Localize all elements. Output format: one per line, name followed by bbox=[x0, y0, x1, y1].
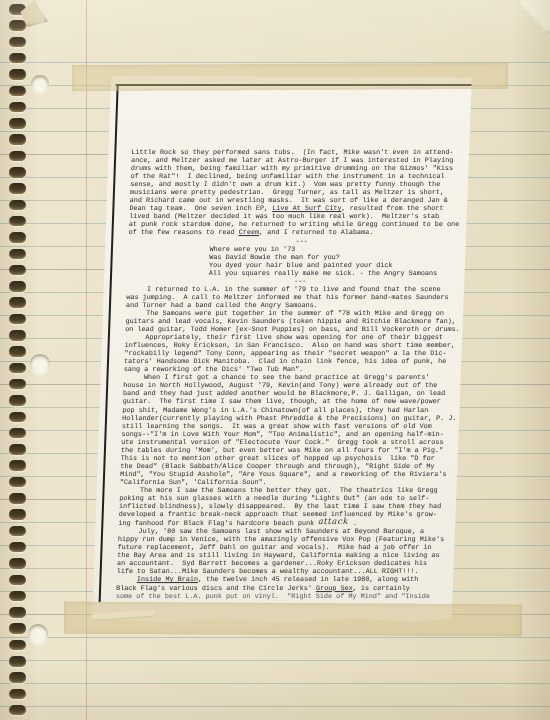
perforation-hole bbox=[9, 151, 26, 162]
perforation-hole bbox=[9, 607, 26, 618]
perforation-hole bbox=[9, 86, 26, 97]
perforation-hole bbox=[9, 656, 26, 667]
tape-strip-bottom bbox=[64, 602, 522, 637]
perforation-hole bbox=[9, 297, 26, 308]
typed-line: on lead guitar, Todd Homer [ex-Snot Pupp… bbox=[125, 326, 460, 334]
typed-line: was jumping. A call to Meltzer informed … bbox=[126, 294, 461, 302]
typed-line: band and they had just added another wou… bbox=[123, 390, 458, 398]
typed-line: Inside My Brain, the twelve inch 45 rele… bbox=[116, 576, 451, 584]
typed-line: --- bbox=[128, 238, 463, 246]
typed-line: Appropriately, their first live show was… bbox=[125, 334, 460, 342]
perforation-hole bbox=[9, 542, 26, 553]
typed-line: "rockabilly legend" Tony Conn, appearing… bbox=[124, 350, 459, 358]
punch-hole-top bbox=[31, 75, 49, 93]
typed-line: lived band (Meltzer decided it was too m… bbox=[129, 213, 464, 221]
perforation-hole bbox=[9, 477, 26, 488]
perforation-hole bbox=[9, 314, 26, 325]
perforation-hole bbox=[9, 118, 26, 129]
typed-line: I returned to L.A. in the summer of '79 … bbox=[126, 286, 461, 294]
perforation-hole bbox=[9, 460, 26, 471]
typed-line: ance, and Meltzer asked me later at Astr… bbox=[131, 157, 466, 165]
typed-line: of the Rat"! I declined, being unfamilia… bbox=[130, 173, 465, 181]
typed-line: guitar. The first time I saw them live, … bbox=[122, 398, 457, 406]
scanned-notebook-page: Little Rock so they performed sans tubs.… bbox=[0, 0, 550, 720]
typed-line: This is not to mention other great slice… bbox=[120, 455, 455, 463]
perforation-hole bbox=[9, 102, 26, 113]
perforation-hole bbox=[9, 379, 26, 390]
typed-line: songs--"I'm in Love With Your Mom", "Too… bbox=[121, 431, 456, 439]
typed-line: When I first got a chance to see the ban… bbox=[123, 374, 458, 382]
typed-line: hippy run dump in Venice, with the amazi… bbox=[118, 536, 453, 544]
perforation-hole bbox=[9, 20, 26, 31]
perforation-hole bbox=[9, 330, 26, 341]
perforation-hole bbox=[9, 200, 26, 211]
perforation-hole bbox=[9, 183, 26, 194]
typed-line: --- bbox=[127, 278, 462, 286]
typed-line: pop shit, Madame Wong's in L.A.'s Chinat… bbox=[122, 407, 457, 415]
typed-line: Dean tag team. One seven inch EP, Live A… bbox=[129, 205, 464, 213]
punch-hole-bottom bbox=[28, 624, 48, 644]
perforation-hole bbox=[9, 509, 26, 520]
underlined-title: Group Sex bbox=[316, 585, 353, 593]
underlined-title: Inside My Brain bbox=[137, 576, 198, 584]
typed-text: Little Rock so they performed sans tubs.… bbox=[116, 149, 466, 601]
typed-line: tators' Handsome Dick Manitoba. Clad in … bbox=[124, 358, 459, 366]
underlined-title: Live At Surf City bbox=[272, 205, 342, 213]
perforation-hole bbox=[9, 249, 26, 260]
typed-line: future replacement, Jeff Dahl on guitar … bbox=[117, 544, 452, 552]
typed-line: of the few reasons to read Creem, and I … bbox=[128, 229, 463, 237]
typed-line: an accountant. Syd Barrett becomes a gar… bbox=[117, 560, 452, 568]
perforation-hole bbox=[9, 412, 26, 423]
typed-line: Was David Bowie the man for you? bbox=[128, 254, 463, 262]
typed-line: Black Flag's various discs and the Circl… bbox=[116, 585, 451, 593]
perforation-hole bbox=[9, 558, 26, 569]
typed-line: guitars and lead vocals, Kevin Saunders … bbox=[125, 318, 460, 326]
typed-line: and Turner had a band called the Angry S… bbox=[126, 302, 461, 310]
typed-line: still learning the songs. It was a great… bbox=[122, 423, 457, 431]
handwritten-annotation: attack bbox=[318, 517, 349, 527]
perforation-hole bbox=[9, 705, 26, 716]
perforation-hole bbox=[9, 69, 26, 80]
perforation-hole bbox=[9, 575, 26, 586]
typed-line: sang a reworking of the Dics' "Two Tub M… bbox=[124, 366, 459, 374]
perforation-hole bbox=[9, 37, 26, 48]
spiral-perforations bbox=[0, 0, 34, 720]
typed-line: Where were you in '73 bbox=[128, 246, 463, 254]
typed-line: Little Rock so they performed sans tubs.… bbox=[131, 149, 466, 157]
typed-line: developed a frantic break-neck approach … bbox=[119, 511, 454, 519]
perforation-hole bbox=[9, 428, 26, 439]
typed-line: All you squares really make me sick. - t… bbox=[127, 270, 462, 278]
typed-line: The more I saw the Samoans the better th… bbox=[119, 487, 454, 495]
typed-line: "California Sun", 'California Soun". bbox=[120, 479, 455, 487]
typed-line: musicians were pretty pedestrian. Gregg … bbox=[130, 189, 465, 197]
perforation-hole bbox=[9, 672, 26, 683]
typed-line: Mind", "You Stupid Asshole", "Are Yous S… bbox=[120, 471, 455, 479]
perforation-hole bbox=[9, 395, 26, 406]
typed-line: drums with them, being familiar with my … bbox=[131, 165, 466, 173]
corner-fold-top-right bbox=[516, 0, 550, 34]
perforation-hole bbox=[9, 444, 26, 455]
typed-line: life to Satan...Mike Saunders becomes a … bbox=[117, 568, 452, 576]
typed-line: the tables during 'Mom', but even better… bbox=[121, 447, 456, 455]
perforation-hole bbox=[9, 281, 26, 292]
underlined-title: Creem bbox=[239, 229, 260, 237]
perforation-hole bbox=[9, 167, 26, 178]
typed-page: Little Rock so they performed sans tubs.… bbox=[92, 76, 472, 623]
perforation-hole bbox=[9, 216, 26, 227]
perforation-hole bbox=[9, 346, 26, 357]
typed-line: influences, Roky Erickson, in San Franci… bbox=[124, 342, 459, 350]
typed-line: poking at his sun glasses with a needle … bbox=[119, 495, 454, 503]
perforation-hole bbox=[9, 363, 26, 374]
typed-line: at punk rock stardom done, he returned t… bbox=[129, 221, 464, 229]
typed-line: the Dead" (Black Sabbath/Alice Cooper th… bbox=[120, 463, 455, 471]
perforation-hole bbox=[9, 232, 26, 243]
typed-line: and Richard came out in wrestling masks.… bbox=[129, 197, 464, 205]
typed-line: ute instrumental version of "Electocute … bbox=[121, 439, 456, 447]
perforation-hole bbox=[9, 526, 26, 537]
typed-line: Hollander(currently playing with Phast P… bbox=[122, 415, 457, 423]
typed-line: July, '80 saw the Samoans last show with… bbox=[118, 528, 453, 536]
typed-line: The Samoans were put together in the sum… bbox=[126, 310, 461, 318]
perforation-hole bbox=[9, 689, 26, 700]
typed-line: some of the best L.A. punk put on vinyl.… bbox=[116, 593, 451, 601]
perforation-hole bbox=[9, 53, 26, 64]
perforation-hole bbox=[9, 134, 26, 145]
perforation-hole bbox=[9, 640, 26, 651]
typed-line: inflicted blindness), slowly disappeared… bbox=[119, 503, 454, 511]
punch-hole-middle bbox=[30, 354, 50, 374]
typed-line: ing fanhood for Black Flag's hardcore be… bbox=[118, 519, 453, 528]
perforation-hole bbox=[9, 623, 26, 634]
typed-line: the Bay Area and is still living in Hayw… bbox=[117, 552, 452, 560]
perforation-hole bbox=[9, 493, 26, 504]
typed-line: You dyed your hair blue and painted your… bbox=[127, 262, 462, 270]
tape-strip-top bbox=[72, 63, 508, 91]
typed-line: house in North Hollywood, August '79, Ke… bbox=[123, 382, 458, 390]
typed-line: sense, and mostly I didn't own a drum ki… bbox=[130, 181, 465, 189]
perforation-hole bbox=[9, 265, 26, 276]
perforation-hole bbox=[9, 591, 26, 602]
